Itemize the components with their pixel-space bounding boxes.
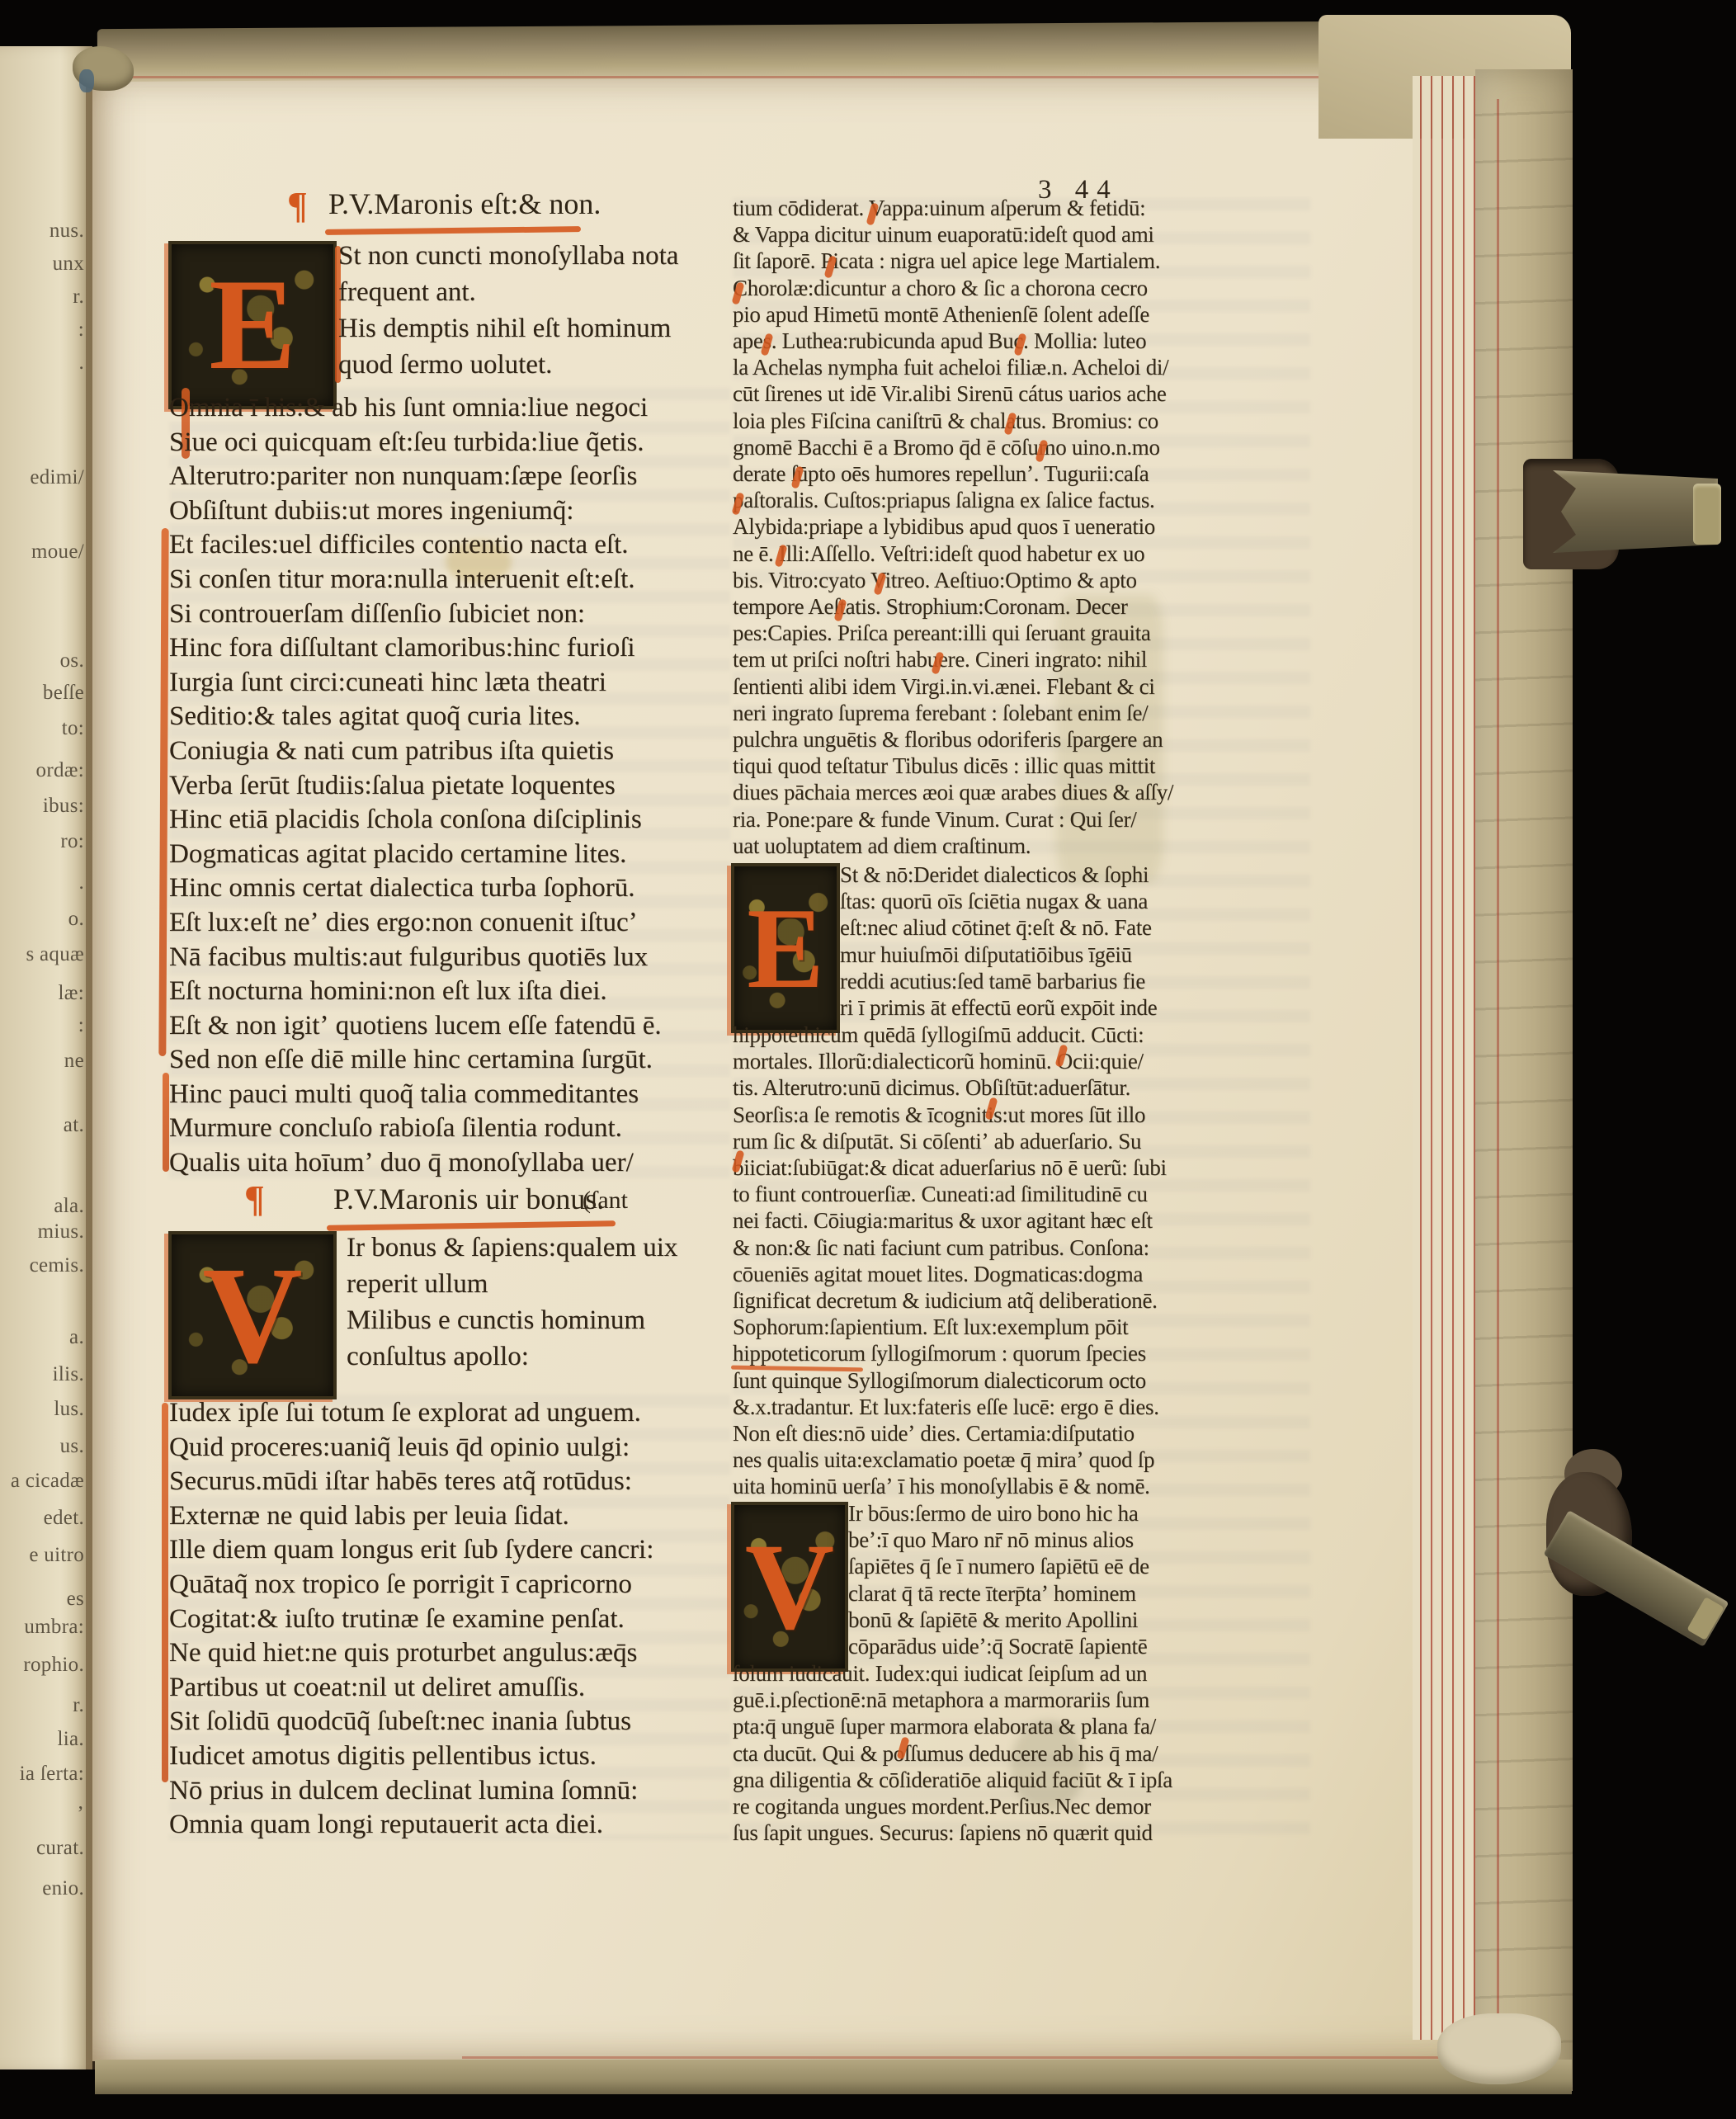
verse-line: Iudicet amotus digitis pellentibus ictus…: [169, 1739, 653, 1774]
corner-paper-rag: [1437, 2013, 1561, 2084]
gloss-line: cūt ſirenes ut idē Vir.alibi Sirenū cátu…: [733, 380, 1173, 407]
verse-line: Nō prius in dulcem declinat lumina ſomnū…: [169, 1774, 653, 1809]
gloss-line: re cogitanda ungues mordent.Perſius.Nec …: [733, 1793, 1172, 1819]
verse-line: Securus.mūdi iſtar habēs teres atq̃ rotū…: [169, 1465, 653, 1499]
gloss-line: uita hominū uerſaʼ ī his monoſyllabis ē …: [733, 1473, 1167, 1499]
verse-line: frequent ant.: [338, 274, 678, 310]
margin-fragment: ne: [64, 1050, 84, 1073]
margin-fragment: beſſe: [43, 682, 84, 705]
gloss-line: tis. Alterutro:unū dicimus. Obſiſtūt:adu…: [733, 1074, 1167, 1101]
gloss-line: ſolum iudicauit. Iudex:qui iudicat ſeipſ…: [733, 1660, 1172, 1687]
verse-line: St non cuncti monoſyllaba nota: [338, 238, 678, 274]
verse-line: Iudex ipſe ſui totum ſe explorat ad ungu…: [169, 1396, 653, 1431]
margin-fragment: s aquæ: [26, 943, 84, 966]
verse-line: Hinc etiā placidis ſchola conſona diſcip…: [169, 803, 662, 838]
rubrication-stroke: [162, 1403, 168, 1782]
margin-fragment: ʼ: [77, 1803, 84, 1826]
margin-fragment: umbra:: [24, 1616, 84, 1639]
verse-line: Externæ ne quid labis per leuia ſidat.: [169, 1499, 653, 1534]
verse-line: Alterutro:pariter non nunquam:ſæpe ſeorſ…: [169, 460, 662, 494]
tail-edge: [95, 2060, 1572, 2094]
gloss-line: pulchra unguētis & floribus odoriferis ſ…: [733, 726, 1173, 753]
gloss-line: & Vappa dicitur uinum euaporatū:ideſt qu…: [733, 221, 1173, 248]
initial-letter: E: [747, 882, 823, 1015]
gloss-line: gna diligentia & cōſideratiōe aliquid fa…: [733, 1767, 1172, 1793]
head-edge-red-rule: [104, 76, 1462, 78]
tail-edge-red-rule: [462, 2056, 1460, 2059]
margin-fragment: læ:: [59, 982, 84, 1005]
gloss-line: St & nō:Deridet dialecticos & ſophi: [840, 861, 1157, 888]
verse-line: Verba ſerūt ſtudiis:ſalua pietate loquen…: [169, 769, 662, 804]
verse-line: conſultus apollo:: [347, 1338, 677, 1375]
gloss-line: hippotethicum quēdā ſyllogiſmū adducit. …: [733, 1022, 1167, 1048]
verse-line: Obſiſtunt dubiis:ut mores ingeniumq̃:: [169, 494, 662, 529]
fore-edge-outer-line: [1497, 99, 1499, 2022]
gloss-line: pta:q̄ unguē ſuper marmora elaborata & p…: [733, 1713, 1172, 1739]
margin-fragment: e uitro: [29, 1544, 84, 1567]
brass-clasp-bottom: [1531, 1449, 1736, 1664]
previous-page-edge: nus.unxr.:.edimi/moue/os.beſſeto:ordæ:ib…: [0, 46, 92, 2069]
gloss-line: cōparādus uideʼ:q̄ Socratē ſapientē: [848, 1633, 1149, 1659]
gloss-line: cōueniēs agitat mouet lites. Dogmaticas:…: [733, 1261, 1167, 1287]
gloss-block-beside-v: Ir bōus:ſermo de uiro bono hic habeʼ:ī q…: [848, 1500, 1149, 1659]
gloss-line: rum ſic & diſputāt. Si cōſentiʼ ab aduer…: [733, 1128, 1167, 1154]
margin-fragment: r.: [73, 1694, 84, 1717]
margin-fragment: ilis.: [53, 1363, 84, 1386]
parchment-cover-edge: [1475, 69, 1573, 2091]
verse-line: Omnia quam longi reputauerit acta diei.: [169, 1808, 653, 1843]
left-heading-1: P.V.Maronis eſt:& non.: [328, 186, 601, 221]
gloss-line: clarat q̄ tā recte īterp̄taʼ hominem: [848, 1580, 1149, 1607]
gloss-line: Ir bōus:ſermo de uiro bono hic ha: [848, 1500, 1149, 1527]
verse-line: Omnia ī his:& ab his ſunt omnia:liue neg…: [169, 391, 662, 426]
gloss-block-mid: hippotethicum quēdā ſyllogiſmū adducit. …: [733, 1022, 1167, 1500]
verse-line: Dogmaticas agitat placido certamine lite…: [169, 838, 662, 872]
gloss-line: Chorolæ:dicuntur a choro & ſic a chorona…: [733, 275, 1173, 301]
verse-line: Seditio:& tales agitat quoq̃ curia lites…: [169, 700, 662, 734]
illuminated-initial-e-left: E: [168, 241, 337, 409]
fore-edge-red-lines: [1413, 76, 1479, 2040]
verse-block-beside-v: Ir bonus & ſapiens:qualem uixreperit ull…: [347, 1229, 677, 1375]
gloss-line: bonū & ſapiētē & merito Apollini: [848, 1607, 1149, 1633]
margin-fragment: o.: [68, 908, 84, 931]
endband-thread: [79, 69, 94, 92]
gloss-line: ria. Pone:pare & funde Vinum. Curat : Qu…: [733, 806, 1173, 833]
margin-fragment: .: [78, 871, 84, 894]
clasp-strap-tip: [1686, 1597, 1724, 1640]
gloss-line: ſentienti alibi idem Virgi.in.vi.ænei. F…: [733, 673, 1173, 700]
verse-line: Eſt nocturna homini:non eſt lux iſta die…: [169, 975, 662, 1009]
verse-line: Iurgia ſunt circi:cuneati hinc læta thea…: [169, 666, 662, 701]
clasp-brass-tip: [1693, 484, 1721, 545]
margin-fragment: a cicadæ: [11, 1470, 84, 1493]
verse-line: Eſt & non igitʼ quotiens lucem eſſe fate…: [169, 1009, 662, 1044]
gloss-line: diues pāchaia merces æoi quæ arabes diue…: [733, 779, 1173, 805]
gloss-line: cta ducūt. Qui & poſſumus deducere ab hi…: [733, 1740, 1172, 1767]
margin-fragment: a.: [69, 1326, 84, 1349]
gloss-line: nei facti. Cōiugia:maritus & uxor agitan…: [733, 1207, 1167, 1234]
gloss-line: beʼ:ī quo Maro nr̄ nō minus alios: [848, 1527, 1149, 1553]
gloss-line: reddi acutius:ſed tamē barbarius fie: [840, 968, 1157, 994]
verse-line: Murmure concluſo rabioſa ſilentia rodunt…: [169, 1111, 662, 1146]
margin-fragment: rophio.: [23, 1654, 84, 1677]
verse-line: Partibus ut coeat:nil ut deliret amuſſis…: [169, 1671, 653, 1706]
verse-line: Hinc fora diſſultant clamoribus:hinc fur…: [169, 631, 662, 666]
gloss-line: ſapiētes q̄ ſe ī numero ſapiētū eē de: [848, 1553, 1149, 1579]
gloss-line: ſtas: quorū oīs ſciētia nugax & uana: [840, 888, 1157, 914]
margin-fragment: to:: [62, 717, 84, 740]
margin-fragment: :: [78, 1014, 84, 1037]
gloss-line: Non eſt dies:nō uideʼ dies. Certamia:diſ…: [733, 1420, 1167, 1446]
verse-line: Ne quid hiet:ne quis proturbet angulus:æ…: [169, 1636, 653, 1671]
gloss-line: guē.i.pſectionē:nā metaphora a marmorari…: [733, 1687, 1172, 1713]
margin-fragment: at.: [64, 1114, 84, 1137]
margin-fragment: ibus:: [43, 795, 84, 818]
gloss-line: ne ē. Illi:Aſſello. Veſtri:ideſt quod ha…: [733, 540, 1173, 567]
verse-line: Quātaq̃ nox tropico ſe porrigit ī capric…: [169, 1568, 653, 1602]
gloss-block-top: tium cōdiderat. Vappa:uinum aſperum & fe…: [733, 195, 1173, 859]
gloss-line: tem ut priſci noſtri habuere. Cineri ing…: [733, 646, 1173, 673]
verse-block-beside-e: St non cuncti monoſyllaba notafrequent a…: [338, 238, 678, 383]
verse-line: Si conſen titur mora:nulla interuenit eſ…: [169, 563, 662, 597]
margin-fragment: cemis.: [30, 1254, 84, 1277]
verse-line: Siue oci quicquam eſt:ſeu turbida:liue q…: [169, 426, 662, 460]
gloss-line: mur huiuſmōi diſputatiōibus īgēiū: [840, 942, 1157, 968]
gloss-line: bis. Vitro:cyato Vitreo. Aeſtiuo:Optimo …: [733, 567, 1173, 593]
gloss-line: loia ples Fiſcina caniſtrū & chalatus. B…: [733, 408, 1173, 434]
margin-fragment: curat.: [36, 1837, 84, 1860]
gloss-line: neri ingrato ſuprema ferebant : ſolebant…: [733, 700, 1173, 726]
illuminated-initial-e-right: E: [731, 863, 840, 1033]
margin-fragment: :: [78, 319, 84, 342]
verse-line: Cogitat:& iuſto trutinæ ſe examine penſa…: [169, 1602, 653, 1637]
gloss-line: ri ī primis āt effectū eorũ expōit inde: [840, 994, 1157, 1021]
gloss-line: to fiunt controuerſiæ. Cuneati:ad ſimili…: [733, 1181, 1167, 1207]
margin-fragment: .: [78, 352, 84, 375]
verse-line: Coniugia & nati cum patribus iſta quieti…: [169, 734, 662, 769]
gloss-line: gnomē Bacchi ē a Bromo q̄d ē cōſumo uino…: [733, 434, 1173, 460]
margin-fragment: es: [67, 1588, 84, 1611]
verse-line: Nā facibus multis:aut fulguribus quotiēs…: [169, 941, 662, 975]
verse-line: Hinc omnis certat dialectica turba ſopho…: [169, 871, 662, 906]
gloss-line: apes. Luthea:rubicunda apud Buc. Mollia:…: [733, 328, 1173, 354]
initial-letter: V: [745, 1516, 834, 1658]
margin-fragment: enio.: [42, 1877, 84, 1900]
gloss-line: & non:& ſic nati faciunt cum patribus. C…: [733, 1234, 1167, 1261]
verse-line: His demptis nihil eſt hominum: [338, 310, 678, 347]
verse-line: Si controuerſam diſſenſio ſubiciet non:: [169, 597, 662, 632]
head-edge: [97, 21, 1484, 82]
gloss-line: eſt:nec aliud cōtinet q̄:eſt & nō. Fate: [840, 914, 1157, 941]
pilcrow-mark: ¶: [287, 183, 308, 227]
margin-fragment: os.: [60, 649, 84, 673]
verse-line: reperit ullum: [347, 1266, 677, 1302]
verse-line: Eſt lux:eſt neʼ dies ergo:non conuenit i…: [169, 906, 662, 941]
gloss-line: pes:Capies. Priſca pereant:illi qui ſeru…: [733, 620, 1173, 646]
margin-fragment: ordæ:: [36, 759, 84, 782]
margin-fragment: nus.: [50, 219, 84, 243]
margin-fragment: ia ſerta:: [20, 1763, 84, 1786]
gloss-line: tempore Aeſtatis. Strophium:Coronam. Dec…: [733, 593, 1173, 620]
gloss-line: tium cōdiderat. Vappa:uinum aſperum & fe…: [733, 195, 1173, 221]
margin-fragment: lus.: [54, 1398, 84, 1421]
margin-fragment: r.: [73, 286, 84, 309]
verse-line: quod ſermo uolutet.: [338, 347, 678, 383]
gloss-line: uat uoluptatem ad diem craſtinum.: [733, 833, 1173, 859]
initial-letter: V: [202, 1236, 302, 1395]
initial-letter: E: [209, 250, 295, 400]
gloss-line: tiqui quod teſtatur Tibulus dicēs : illi…: [733, 753, 1173, 779]
gloss-line: pio apud Himetū montē Athenienſē ſolent …: [733, 301, 1173, 328]
gloss-line: Seorſis:a ſe remotis & īcognitis:ut more…: [733, 1102, 1167, 1128]
margin-fragment: edet.: [44, 1507, 84, 1530]
gloss-block-bottom: ſolum iudicauit. Iudex:qui iudicat ſeipſ…: [733, 1660, 1172, 1846]
verse-line: Milibus e cunctis hominum: [347, 1302, 677, 1338]
brass-clasp-top: [1523, 452, 1729, 576]
verse-line: Sit ſolidū quodcūq̃ ſubeſt:nec inania ſu…: [169, 1705, 653, 1739]
verse-line: Hinc pauci multi quoq̃ talia commeditant…: [169, 1078, 662, 1112]
verse-line: Qualis uita hoīumʼ duo q̄ monoſyllaba ue…: [169, 1146, 662, 1181]
gloss-line: nes qualis uita:exclamatio poetæ q̄ mira…: [733, 1446, 1167, 1473]
gloss-line: mortales. Illorũ:dialecticorũ hominū. Oc…: [733, 1048, 1167, 1074]
pilcrow-mark: ¶: [244, 1177, 265, 1220]
rubrication-stroke: [163, 1073, 169, 1172]
gloss-line: Alybida:priape a lybidibus apud quos ī u…: [733, 513, 1173, 540]
verse-block-2: Iudex ipſe ſui totum ſe explorat ad ungu…: [169, 1396, 653, 1843]
gloss-line: hippoteticorum ſyllogiſmorum : quorum ſp…: [733, 1340, 1167, 1366]
margin-fragment: edimi/: [30, 466, 84, 489]
gloss-line: biiciat:ſubiūgat:& dicat aduerſarius nō …: [733, 1154, 1167, 1181]
margin-fragment: lia.: [58, 1728, 84, 1751]
gloss-block-beside-e: St & nō:Deridet dialecticos & ſophiſtas:…: [840, 861, 1157, 1021]
margin-fragment-list: nus.unxr.:.edimi/moue/os.beſſeto:ordæ:ib…: [0, 46, 92, 2069]
margin-fragment: mius.: [38, 1220, 84, 1244]
illuminated-initial-v-left: V: [168, 1231, 337, 1399]
gloss-line: Sophorum:ſapientium. Eſt lux:exemplum pō…: [733, 1314, 1167, 1340]
left-heading-2: P.V.Maronis uir bonus.: [333, 1182, 604, 1216]
margin-fragment: us.: [60, 1435, 84, 1458]
catchword: (ſant: [583, 1187, 628, 1215]
margin-fragment: moue/: [31, 540, 84, 564]
illuminated-initial-v-right: V: [731, 1502, 848, 1672]
verse-line: Ir bonus & ſapiens:qualem uix: [347, 1229, 677, 1266]
gloss-line: paſtoralis. Cuſtos:priapus ſaligna ex ſa…: [733, 487, 1173, 513]
gloss-line: ſit ſaporē. Picata : nigra uel apice leg…: [733, 248, 1173, 274]
gloss-line: la Achelas nympha fuit acheloi filiæ.n. …: [733, 354, 1173, 380]
gloss-line: ſus ſapit ungues. Securus: ſapiens nō qu…: [733, 1819, 1172, 1846]
verse-line: Sed non eſſe diē mille hinc certamina ſu…: [169, 1043, 662, 1078]
verse-line: Quid proceres:uaniq̃ leuis q̄d opinio uu…: [169, 1431, 653, 1465]
gloss-line: &.x.tradantur. Et lux:fateris eſſe lucē:…: [733, 1394, 1167, 1420]
verse-block-1: Omnia ī his:& ab his ſunt omnia:liue neg…: [169, 391, 662, 1181]
margin-fragment: ro:: [60, 830, 84, 853]
margin-fragment: unx: [53, 252, 84, 276]
gloss-line: ſunt quinque Syllogiſmorum dialecticorum…: [733, 1367, 1167, 1394]
verse-line: Et faciles:uel difficiles contentio nact…: [169, 528, 662, 563]
book-photo: nus.unxr.:.edimi/moue/os.beſſeto:ordæ:ib…: [0, 0, 1736, 2119]
margin-fragment: ala.: [54, 1195, 84, 1218]
gloss-line: ſignificat decretum & iudicium atq̃ deli…: [733, 1287, 1167, 1314]
verse-line: Ille diem quam longus erit ſub ſydere ca…: [169, 1533, 653, 1568]
